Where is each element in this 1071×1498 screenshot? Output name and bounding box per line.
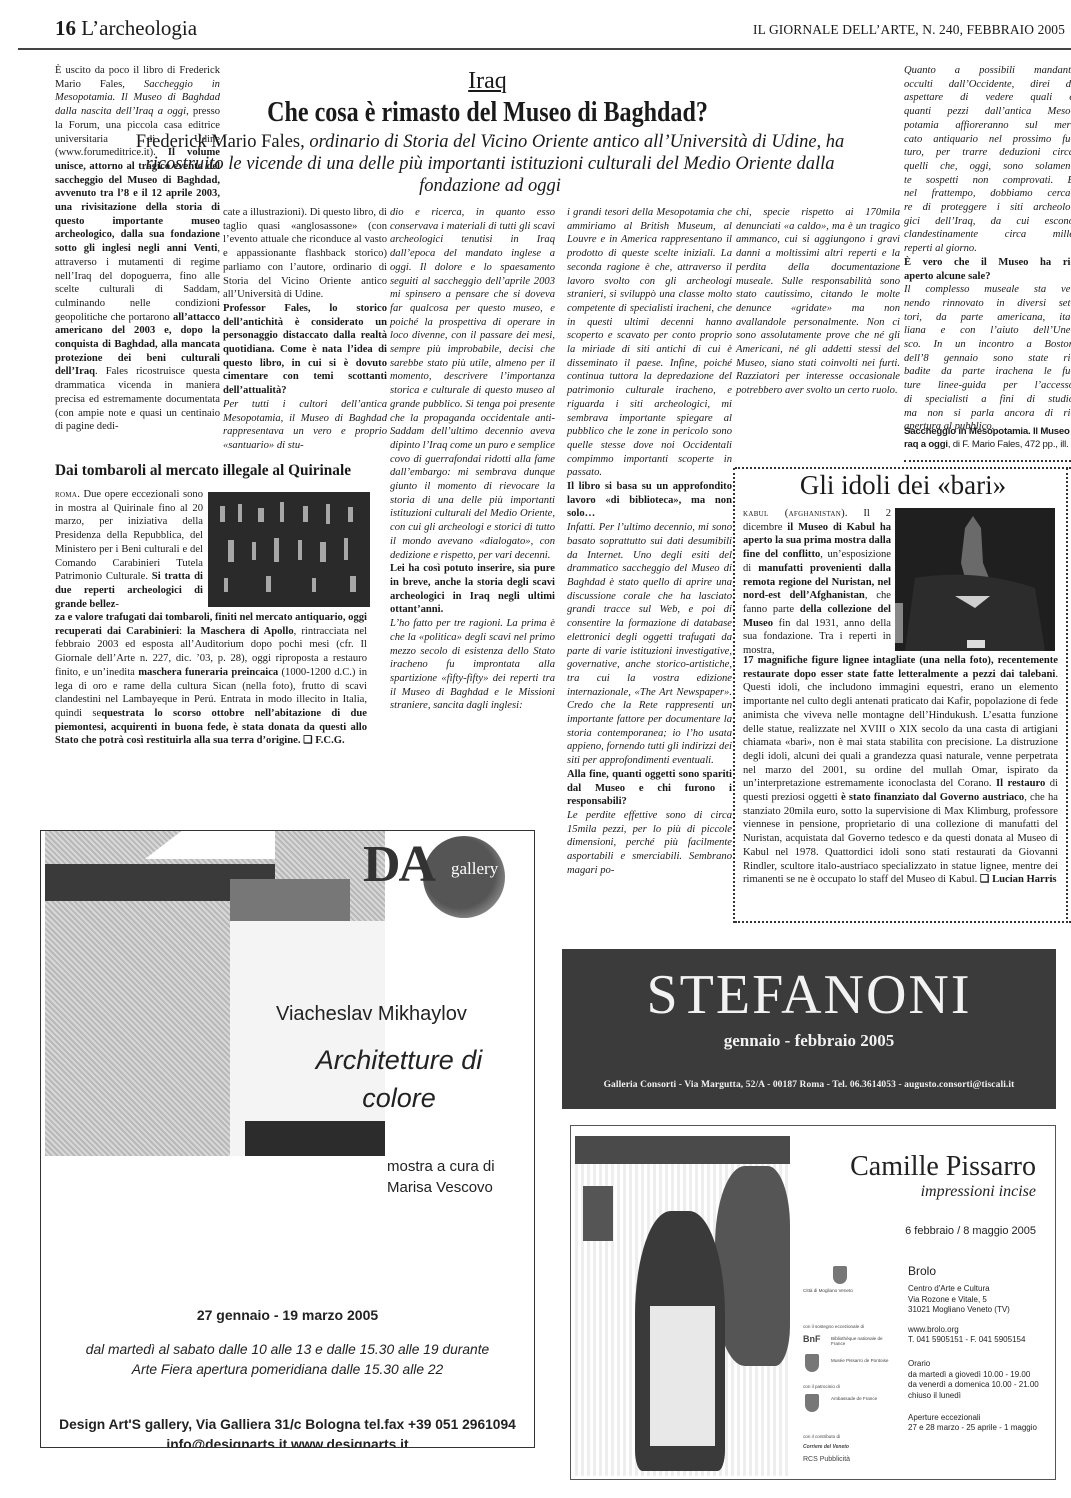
sponsor-rcs: RCS Pubblicità [803,1456,850,1463]
interview-answer: L’ho fatto per tre ragioni. La prima è c… [390,617,555,713]
hours-line: da venerdì a domenica 10.00 - 21.00 [908,1380,1053,1390]
venue-name: Centro d'Arte e Cultura [908,1284,1053,1294]
advertisement-pissarro[interactable]: Camille Pissarro impressioni incise 6 fe… [570,1125,1056,1480]
sponsor-newspaper: Corriere del Veneto [803,1444,849,1450]
body-emphasis: maschera funeraria preincaica [138,667,278,678]
venue-website[interactable]: www.brolo.org [908,1325,1053,1335]
gallery-address: Design Art'S gallery, Via Galliera 31/c … [41,1415,534,1435]
text-line: aspettare di vedere quali e [904,91,1071,105]
city-crest-icon [833,1266,847,1284]
idol-photo-image [895,508,1055,651]
interview-question: Professor Fales, lo storico dell’antichi… [223,302,387,398]
sidebar-text: roma. Due opere eccezionali sono in most… [55,488,203,611]
bnf-logo: BnF [803,1334,821,1344]
sponsor-bnf: Bibliothèque nationale de France [831,1336,891,1346]
article-column-4: i grandi tesori della Mesopotamia che am… [567,206,732,877]
interview-question: È vero che il Museo ha ri- [904,256,1071,270]
text-line: sco. In un incontro a Boston [904,338,1071,352]
dotted-divider [735,921,1071,923]
dotted-divider [904,460,1071,462]
mask-photo [208,492,370,607]
mask-photo-image [208,492,370,607]
boxed-article-headline: Gli idoli dei «bari» [745,470,1061,501]
interview-question: Lei ha così potuto inserire, sia pure in… [390,562,555,617]
text-line: quelli che, oggi, sono solamen- [904,160,1071,174]
interview-answer: chi, specie rispetto ai 170mila denuncia… [736,206,900,398]
gallery-logo-letters: DA [363,835,434,894]
etching-image [575,1136,790,1476]
text-line: cato antiquario nel prossimo fu- [904,133,1071,147]
ad-contact: Galleria Consorti - Via Margutta, 52/A -… [562,1080,1056,1090]
article-headline: Che cosa è rimasto del Museo di Baghdad? [240,97,735,129]
text-line: liana e con l’aiuto dell’Une- [904,324,1071,338]
article-column-2: cate a illustrazioni). Di questo libro, … [223,206,387,453]
ad-exhibition-title: impressioni incise [801,1183,1036,1201]
ad-contact: Design Art'S gallery, Via Galliera 31/c … [41,1415,534,1448]
body-emphasis: 17 magnifiche figure lignee intagliate (… [743,655,1058,680]
ad-dates: gennaio - febbraio 2005 [562,1031,1056,1051]
sponsor-embassy: Ambassade de France [831,1396,891,1401]
embassy-crest-icon [805,1394,819,1412]
text-line: Quanto a possibili mandanti [904,64,1071,78]
interview-answer: Infatti. Per l’ultimo decennio, mi sono … [567,521,732,768]
text-line: potamia affioreranno sul mer- [904,119,1071,133]
ad-artist-name: STEFANONI [562,963,1056,1027]
boxed-article-text: 17 magnifiche figure lignee intagliate (… [743,654,1058,887]
publication-masthead: IL GIORNALE DELL’ARTE, N. 240, FEBBRAIO … [753,22,1065,38]
article-column-1: È uscito da poco il libro di Frederick M… [55,64,220,434]
article-kicker: Iraq [200,68,775,95]
text-line: quanti pezzi dall’antica Meso- [904,105,1071,119]
sponsor-label: con il contributo di [803,1434,840,1439]
boxed-article-text: kabul (afghanistan). Il 2 dicembre il Mu… [743,507,891,658]
text-line: nel frattempo, dobbiamo cerca- [904,187,1071,201]
body-emphasis: Il restauro [996,778,1045,789]
text-line: badite da parte irachena le fu- [904,365,1071,379]
book-ref-title: raq a oggi [904,439,948,450]
text-line: reperti al giorno. [904,242,1071,256]
interview-question: Alla fine, quanti oggetti sono spariti d… [567,768,732,809]
venue-info: Brolo Centro d'Arte e Cultura Via Rozone… [908,1266,1053,1434]
dateline: kabul (afghanistan) [743,508,845,519]
interview-answer: dio e ricerca, in quanto esso conservava… [390,206,555,562]
sponsor-logos: Città di Mogliano Veneto con il sostegno… [803,1266,898,1476]
venue-city: 31021 Mogliano Veneto (TV) [908,1305,1053,1315]
text-line: re di proteggere i siti archeolo- [904,201,1071,215]
page-section-header: 16 L’archeologia [55,16,197,41]
article-column-5: chi, specie rispetto ai 170mila denuncia… [736,206,900,398]
interview-answer: Le perdite effettive sono di circa 15mil… [567,809,732,878]
text-line: gici dell’Iraq, da cui escono [904,215,1071,229]
section-title: L’archeologia [81,16,197,40]
text-line: occulti dall’Occidente, direi di [904,78,1071,92]
book-ref-details: , di F. Mario Fales, 472 pp., ill. b/n, … [948,439,1071,450]
book-ref-title: Saccheggio in Mesopotamia. Il Museo di B… [904,426,1071,437]
ad-opening-hours: dal martedì al sabato dalle 10 alle 13 e… [41,1340,534,1380]
text-line: ture linee-guida per l’accesso [904,379,1071,393]
sidebar-text: za e valore trafugati dai tombaroli, fin… [55,611,367,748]
text-line: turo, per trarre deduzioni circa [904,146,1071,160]
hours-label: Orario [908,1359,1053,1369]
idol-photo [895,508,1055,651]
body-text: . Questi idoli, che includono immagini e… [743,669,1058,790]
ad-dates: 6 febbraio / 8 maggio 2005 [801,1225,1036,1237]
byline: ❑ Lucian Harris [980,874,1057,885]
interview-question: Il libro si basa su un approfondito lavo… [567,480,732,521]
text-line: clandestinamente circa mille [904,228,1071,242]
sponsor-musee: Musée Pissarro de Pontoise [831,1358,891,1363]
gallery-logo-word: gallery [451,859,498,879]
venue-street: Via Rozone e Vitale, 5 [908,1295,1053,1305]
dateline: roma [55,489,77,500]
text-line: nendo rinnovato in diversi set- [904,297,1071,311]
ad-artist-name: Viacheslav Mikhaylov [276,1003,467,1026]
text-line: di specialisti a fini di studio [904,393,1071,407]
interview-question: aperto alcune sale? [904,270,1071,284]
sidebar-headline: Dai tombaroli al mercato illegale al Qui… [55,462,351,480]
hours-line: da martedì a giovedì 10.00 - 19.00 [908,1370,1053,1380]
ad-exhibition-title: Architetture di colore [279,1041,519,1117]
ad-curator: mostra a cura di Marisa Vescovo [387,1156,495,1198]
body-text: cate a illustrazioni). Di questo libro, … [223,206,387,302]
header-rule [18,48,1071,50]
ad-artist-name: Camille Pissarro [801,1151,1036,1183]
gallery-web-email[interactable]: info@designarts.it www.designarts.it [41,1435,534,1448]
sponsor-city: Città di Mogliano Veneto [803,1288,853,1293]
text-line: te sospetti non comprovati. E [904,174,1071,188]
page-number: 16 [55,16,76,40]
hours-line: Arte Fiera apertura pomeridiana dalle 15… [41,1360,534,1380]
dotted-divider [1066,468,1068,923]
venue-phone: T. 041 5905151 - F. 041 5905154 [908,1335,1053,1345]
musee-crest-icon [805,1354,819,1372]
body-text: . Due opere eccezionali sono in mostra a… [55,489,203,582]
interview-answer: Per tutti i cultori dell’antica Mesopota… [223,398,387,453]
special-openings-label: Aperture eccezionali [908,1413,1053,1423]
ad-dates: 27 gennaio - 19 marzo 2005 [41,1307,534,1323]
sponsor-label: con il patrocinio di [803,1384,840,1389]
text-line: tori, da parte americana, ita- [904,311,1071,325]
body-text: , che ha stanziato 20mila euro, sotto la… [743,792,1058,885]
text-line: dell’8 gennaio sono state ri- [904,352,1071,366]
curator-label: mostra a cura di [387,1156,495,1177]
text-line: Il complesso museale sta ve- [904,283,1071,297]
article-column-3: dio e ricerca, in quanto esso conservava… [390,206,555,713]
hours-line: dal martedì al sabato dalle 10 alle 13 e… [41,1340,534,1360]
hours-line: chiuso il lunedì [908,1391,1053,1401]
dotted-divider [735,467,1071,469]
article-column-6: Quanto a possibili mandanti occulti dall… [904,64,1071,434]
article-standfirst: Frederick Mario Fales, ordinario di Stor… [110,131,870,197]
book-reference: Saccheggio in Mesopotamia. Il Museo di B… [904,426,1071,451]
body-text: : [179,626,187,637]
advertisement-stefanoni[interactable]: STEFANONI gennaio - febbraio 2005 Galler… [562,949,1056,1109]
venue-logo: Brolo [908,1266,1053,1276]
body-emphasis: la Maschera di Apollo [187,626,293,637]
text-line: ma non si parla ancora di ri- [904,407,1071,421]
curator-name: Marisa Vescovo [387,1177,495,1198]
dotted-divider [733,468,735,923]
body-emphasis: questrata lo scorso ottobre nell’abitazi… [55,708,367,746]
sponsor-label: con il sostegno eccezionale di [803,1324,864,1329]
special-openings-dates: 27 e 28 marzo - 25 aprile - 1 maggio [908,1423,1053,1433]
interview-answer: i grandi tesori della Mesopotamia che am… [567,206,732,480]
body-emphasis: Il volume unisce, attorno al tragico eve… [55,147,220,254]
body-emphasis: è stato finanziato dal Governo austriaco [841,792,1024,803]
advertisement-da-gallery[interactable]: DA gallery Viacheslav Mikhaylov Architet… [40,830,535,1448]
